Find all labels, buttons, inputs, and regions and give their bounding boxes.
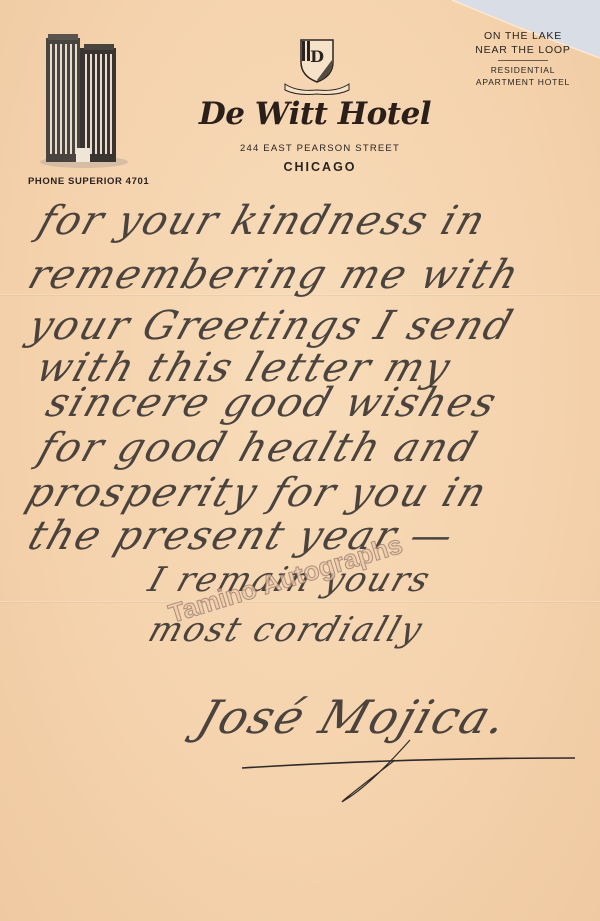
signature-underline [0, 0, 600, 921]
